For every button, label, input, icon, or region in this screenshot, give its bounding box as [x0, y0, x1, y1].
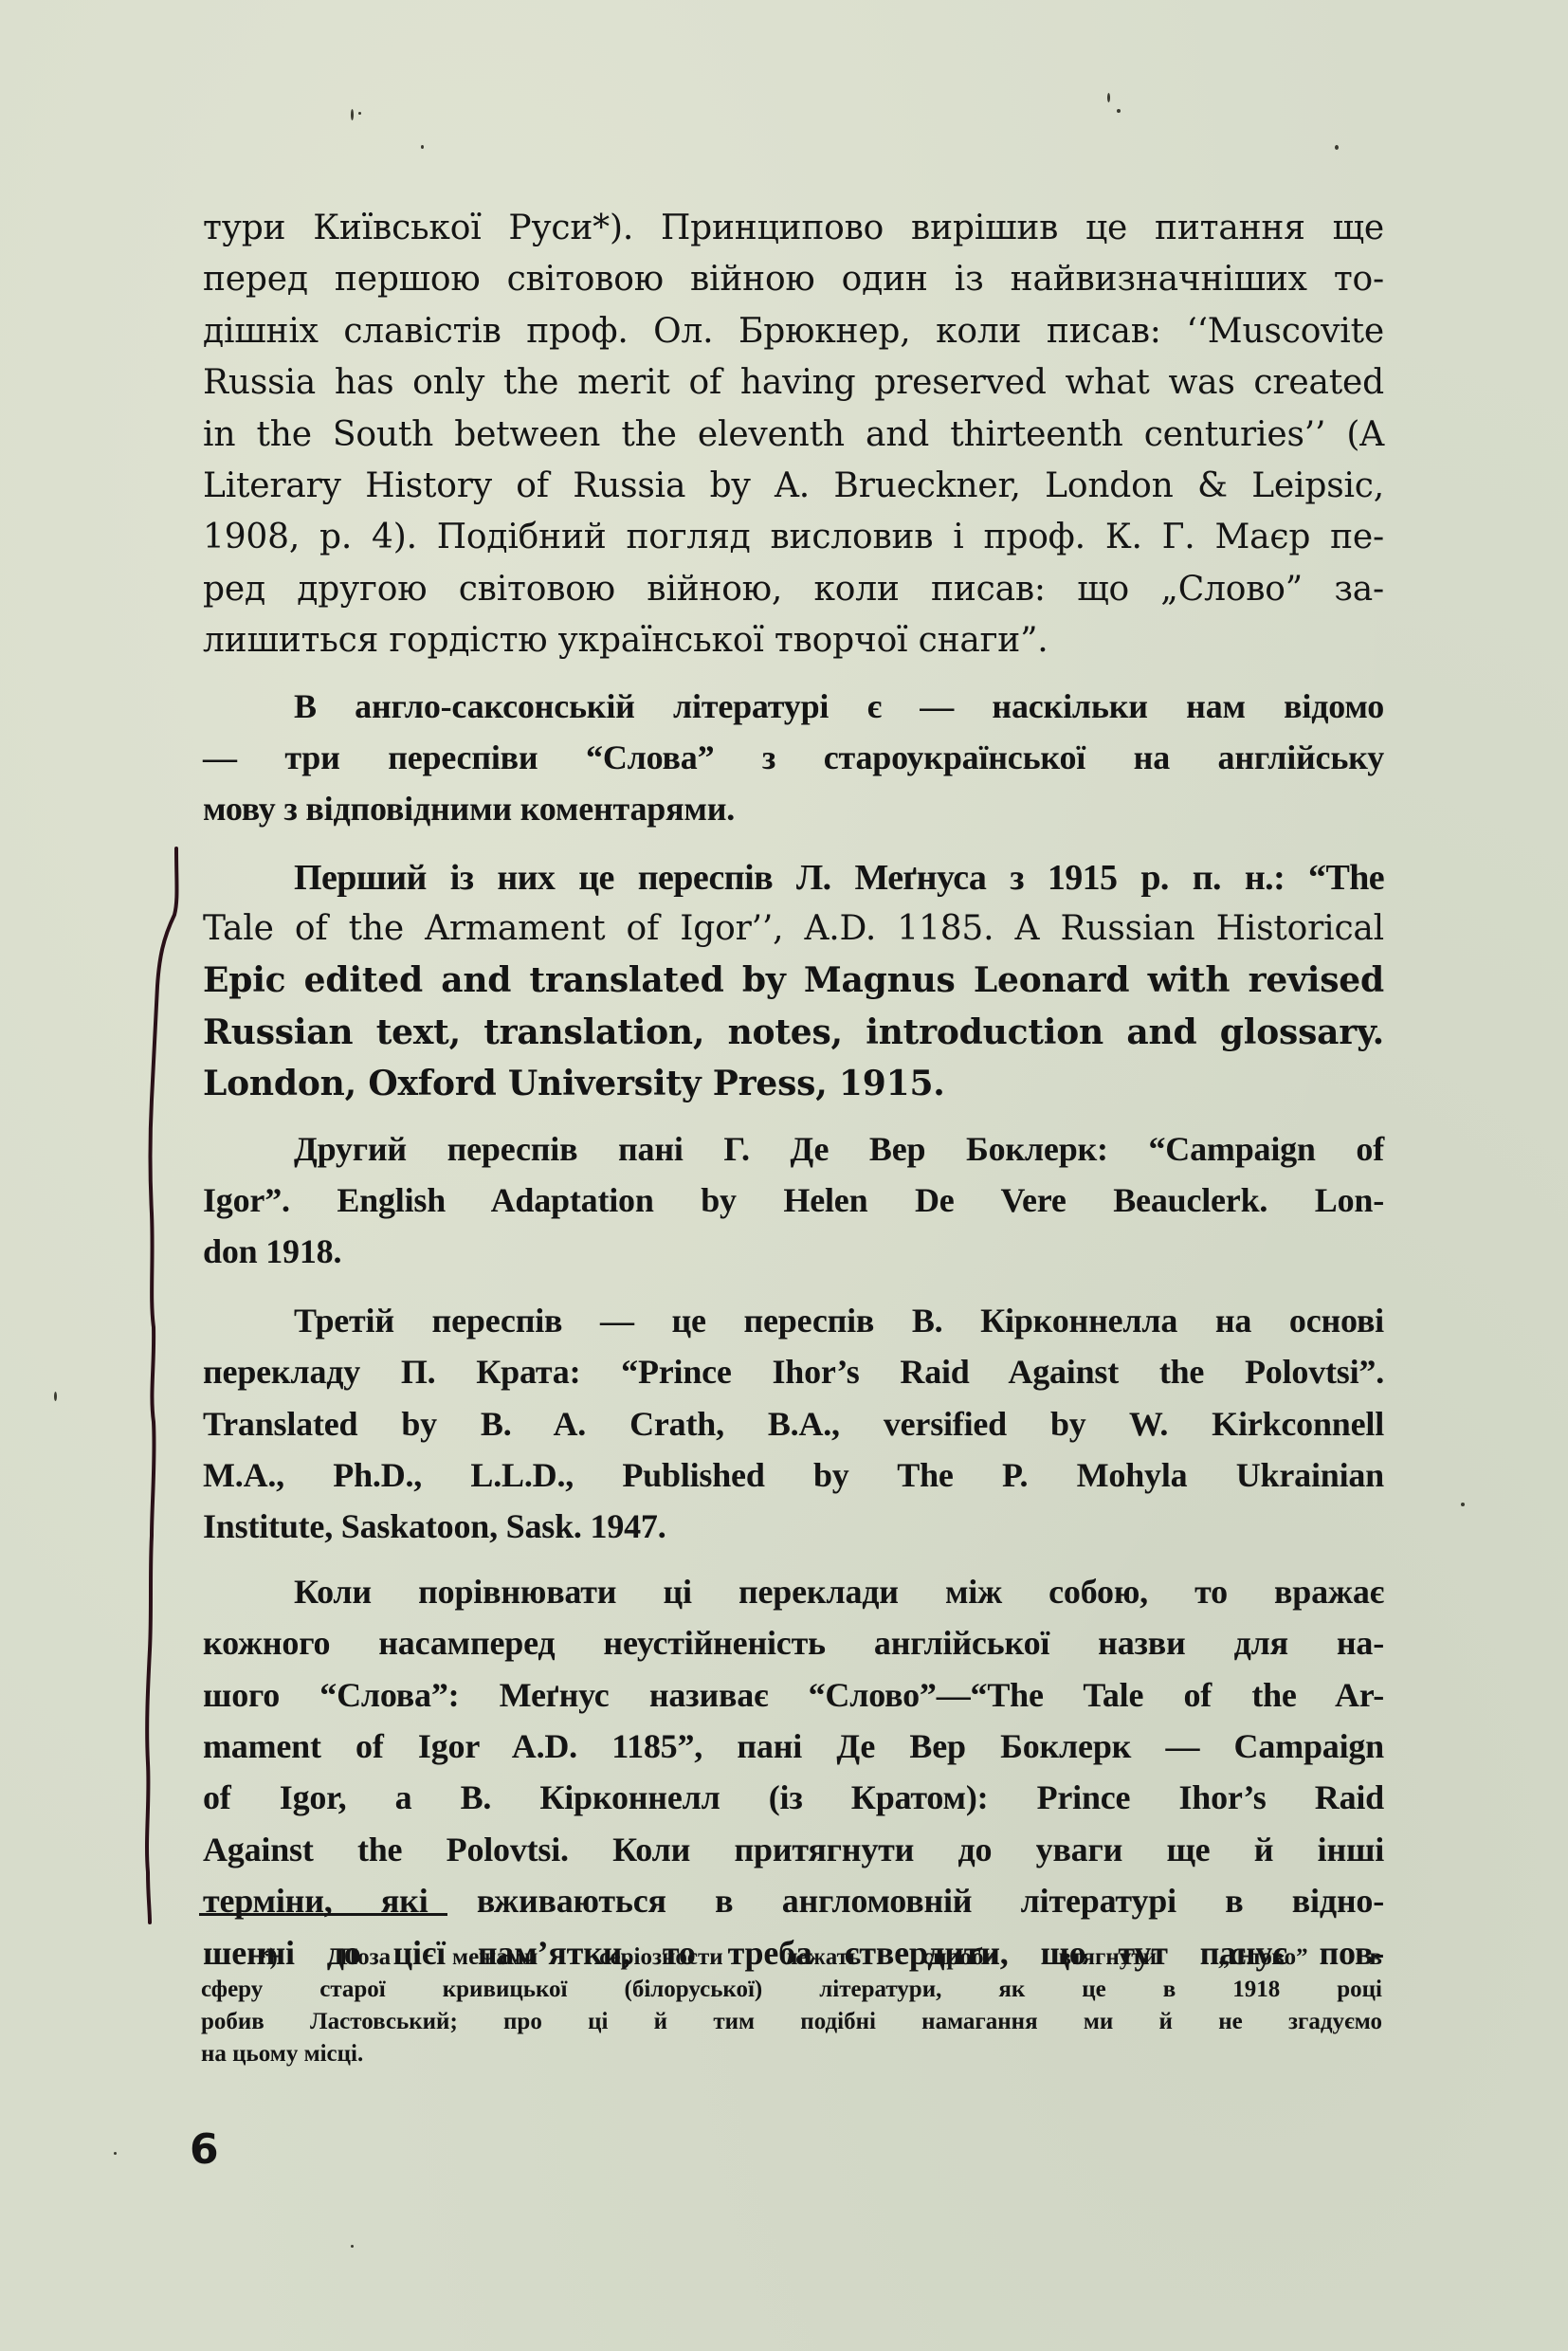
footnote: *) Поза межами серіозности лежать спроби… — [201, 1941, 1382, 2070]
paper-speck — [351, 2245, 354, 2248]
text-line: В англо-саксонській літературі є — наскі… — [203, 681, 1384, 732]
text-line: Translated by B. A. Crath, B.A., versifi… — [203, 1398, 1384, 1449]
text-line: of Igor, а В. Кірконнелл (із Кратом): Pr… — [203, 1772, 1384, 1823]
paper-speck — [54, 1392, 57, 1401]
text-line: шого “Слова”: Меґнус називає “Слово”—“Th… — [203, 1669, 1384, 1721]
paragraph-4: Другий переспів пані Г. Де Вер Боклерк: … — [203, 1123, 1384, 1278]
text-line: Russian text, translation, notes, introd… — [203, 1007, 1384, 1058]
text-line: Третій переспів — це переспів В. Кірконн… — [203, 1295, 1384, 1346]
paper-speck — [114, 2152, 117, 2155]
text-line: кожного насамперед неустійненість англій… — [203, 1617, 1384, 1668]
paper-speck — [1335, 145, 1339, 150]
text-line: Epic edited and translated by Magnus Leo… — [203, 955, 1384, 1006]
paragraph-3: Перший із них це переспів Л. Меґнуса з 1… — [203, 852, 1384, 1110]
text-line: Коли порівнювати ці переклади між собою,… — [203, 1566, 1384, 1617]
text-line: мову з відповідними коментарями. — [203, 783, 1384, 834]
text-line: don 1918. — [203, 1226, 1384, 1277]
footnote-line: на цьому місці. — [201, 2038, 1382, 2070]
paragraph-1: тури Київської Руси*). Принципово виріши… — [203, 203, 1384, 667]
text-line: терміни, які вживаються в англомовній лі… — [203, 1875, 1384, 1926]
text-line: M.A., Ph.D., L.L.D., Published by The P.… — [203, 1449, 1384, 1501]
footnote-line: *) Поза межами серіозности лежать спроби… — [201, 1941, 1382, 1974]
text-line: 1908, p. 4). Подібний погляд висловив і … — [203, 512, 1384, 563]
text-line: ред другою світовою війною, коли писав: … — [203, 564, 1384, 615]
text-line: Russia has only the merit of having pres… — [203, 357, 1384, 409]
text-line: in the South between the eleventh and th… — [203, 410, 1384, 461]
footnote-separator — [199, 1913, 447, 1916]
paragraph-5: Третій переспів — це переспів В. Кірконн… — [203, 1295, 1384, 1553]
paragraph-2: В англо-саксонській літературі є — наскі… — [203, 681, 1384, 835]
text-line: перед першою світовою війною один із най… — [203, 254, 1384, 305]
paragraph-6: Коли порівнювати ці переклади між собою,… — [203, 1566, 1384, 1978]
paper-speck — [358, 112, 361, 115]
text-line: Igor”. English Adaptation by Helen De Ve… — [203, 1175, 1384, 1226]
text-line: Institute, Saskatoon, Sask. 1947. — [203, 1501, 1384, 1552]
paper-speck — [1107, 93, 1110, 102]
footnote-line: сферу старої кривицької (білоруської) лі… — [201, 1974, 1382, 2006]
book-page: тури Київської Руси*). Принципово виріши… — [0, 0, 1568, 2351]
text-line: тури Київської Руси*). Принципово виріши… — [203, 203, 1384, 254]
paper-speck — [351, 109, 354, 120]
text-line: лишиться гордістю української творчої сн… — [203, 615, 1384, 666]
text-line: дішніх славістів проф. Ол. Брюкнер, коли… — [203, 306, 1384, 357]
paper-speck — [421, 145, 424, 149]
paper-speck — [1117, 109, 1121, 113]
text-line: перекладу П. Крата: “Prince Ihor’s Raid … — [203, 1346, 1384, 1397]
page-number: 6 — [190, 2125, 219, 2174]
main-text: тури Київської Руси*). Принципово виріши… — [203, 203, 1384, 1978]
text-line: Literary History of Russia by A. Brueckn… — [203, 461, 1384, 512]
paper-speck — [1461, 1503, 1465, 1506]
text-line: Другий переспів пані Г. Де Вер Боклерк: … — [203, 1123, 1384, 1175]
text-line: Against the Polovtsi. Коли притягнути до… — [203, 1824, 1384, 1875]
text-line: London, Oxford University Press, 1915. — [203, 1058, 1384, 1109]
text-line: — три переспіви “Слова” з староукраїнськ… — [203, 732, 1384, 783]
text-line: Перший із них це переспів Л. Меґнуса з 1… — [203, 852, 1384, 903]
text-line: Tale of the Armament of Igor’’, A.D. 118… — [203, 903, 1384, 955]
footnote-line: робив Ластовський; про ці й тим подібні … — [201, 2006, 1382, 2038]
text-line: mament of Igor A.D. 1185”, пані Де Вер Б… — [203, 1721, 1384, 1772]
